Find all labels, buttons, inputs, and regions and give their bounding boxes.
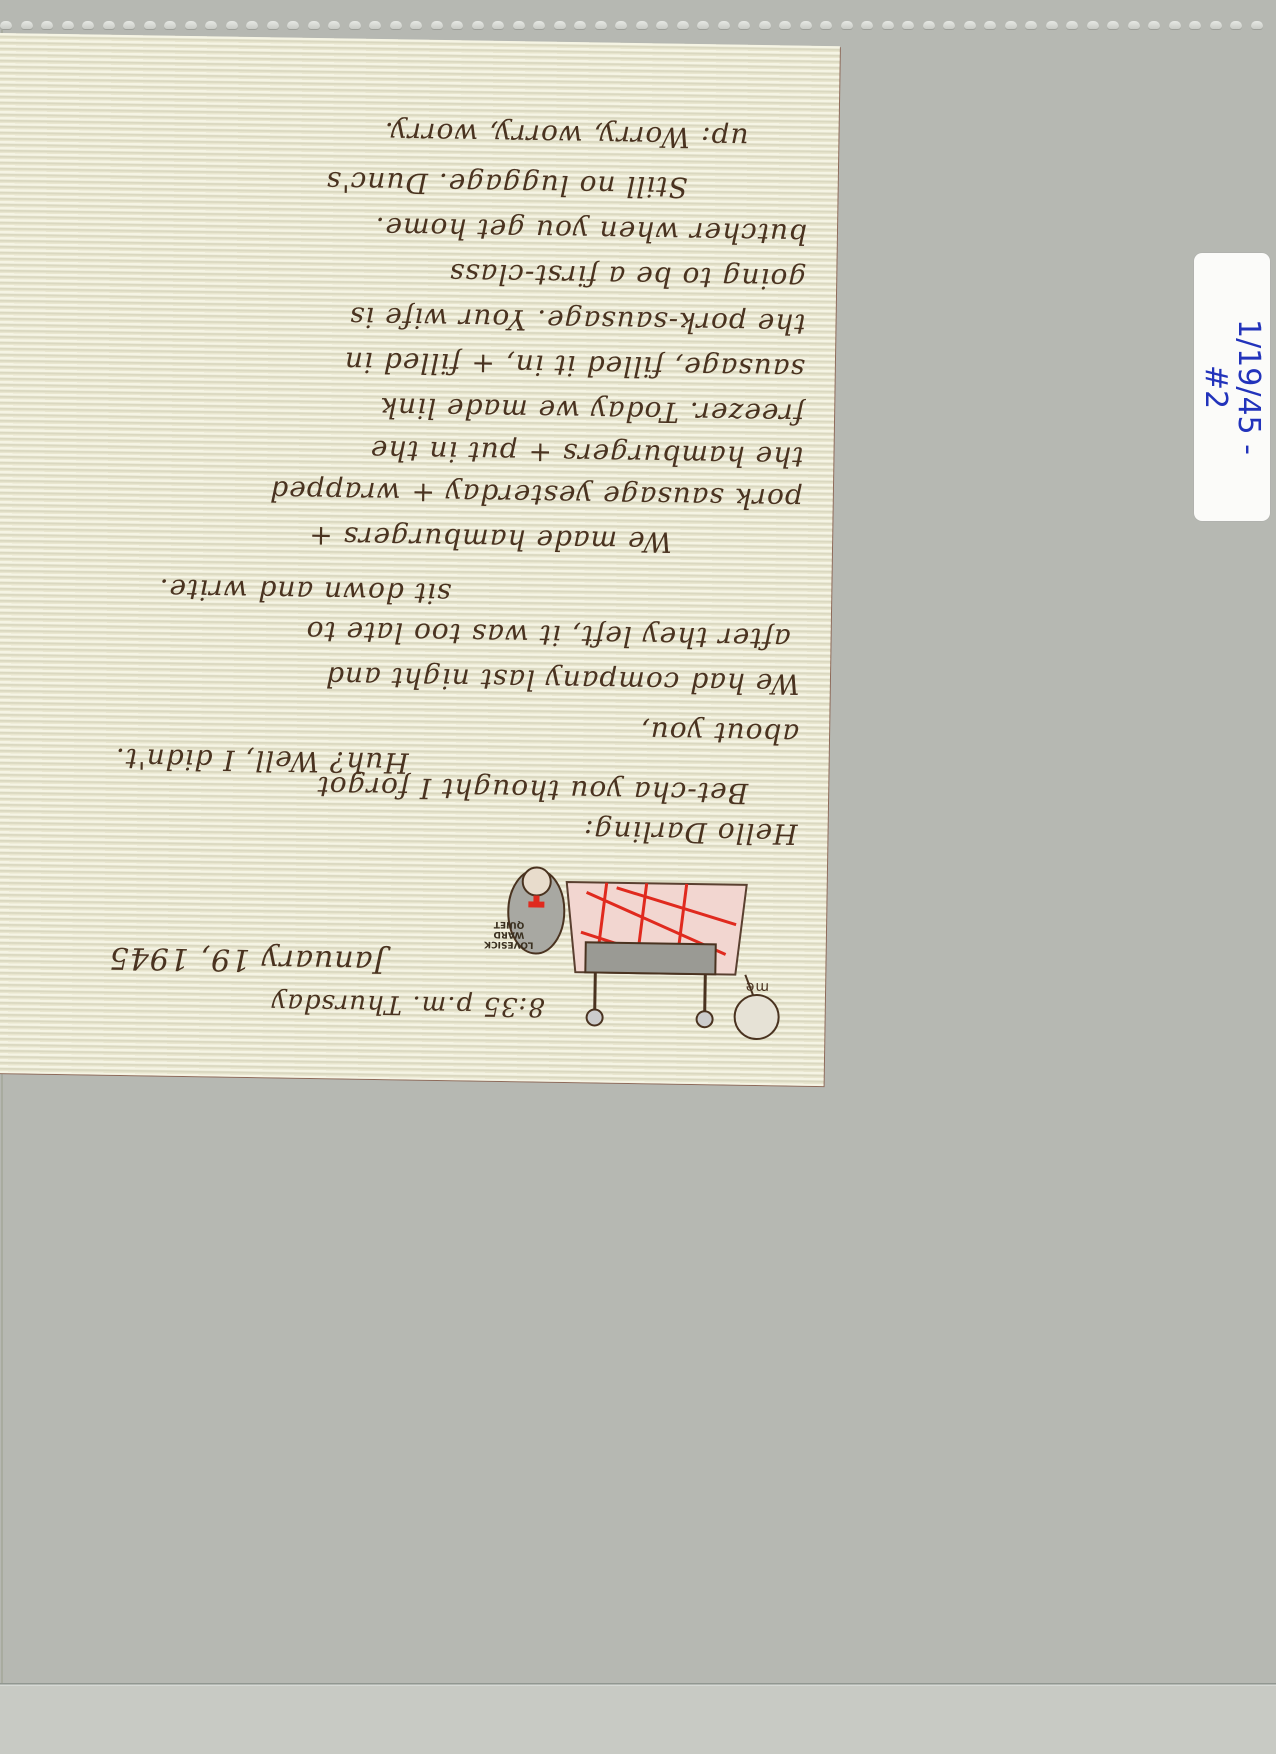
- perforation-hole: [0, 21, 12, 30]
- perforation-hole: [451, 21, 463, 30]
- perforation-hole: [615, 21, 627, 30]
- perforation-hole: [677, 21, 689, 30]
- perforation-hole: [984, 21, 996, 30]
- perforation-hole: [1005, 21, 1017, 30]
- letter-line: pork sausage yesterday + wrapped: [269, 474, 803, 515]
- perforation-hole: [1066, 21, 1078, 30]
- perforation-hole: [841, 21, 853, 30]
- letter-line: Hello Darling:: [583, 814, 798, 850]
- perforation-hole: [1087, 21, 1099, 30]
- perforation-hole: [226, 21, 238, 30]
- letter-line: after they left, it was too late to: [305, 615, 791, 656]
- perforation-hole: [1107, 21, 1119, 30]
- lovesick-ward-cartoon: [494, 861, 787, 1046]
- perforation-hole: [1210, 21, 1222, 30]
- perforation-hole: [328, 21, 340, 30]
- perforation-hole: [82, 21, 94, 30]
- sticky-note-date: 1/19/45 -: [1232, 319, 1265, 455]
- perforation-hole: [513, 21, 525, 30]
- cartoon-sign: LOVESICK WARD QUIET: [474, 919, 544, 950]
- perforation-hole: [41, 21, 53, 30]
- perforation-hole: [1148, 21, 1160, 30]
- letter-line: going to be a first-class: [449, 257, 807, 296]
- perforation-hole: [697, 21, 709, 30]
- sticky-note-number: #2: [1199, 319, 1232, 455]
- perforation-hole: [308, 21, 320, 30]
- perforation-hole: [21, 21, 33, 30]
- sticky-note-label: 1/19/45 - #2: [1194, 253, 1270, 521]
- letter-line: the pork-sausage. Your wife is: [349, 301, 806, 341]
- perforation-hole: [164, 21, 176, 30]
- perforation-hole: [144, 21, 156, 30]
- perforation-hole: [964, 21, 976, 30]
- cartoon-me-label: me: [745, 979, 770, 995]
- letter-line: freezer. Today we made link: [379, 391, 804, 431]
- perforation-hole: [861, 21, 873, 30]
- perforation-hole: [410, 21, 422, 30]
- perforation-hole: [62, 21, 74, 30]
- perforation-hole: [759, 21, 771, 30]
- perforation-hole: [882, 21, 894, 30]
- perforation-hole: [1046, 21, 1058, 30]
- perforation-hole: [1025, 21, 1037, 30]
- perforation-hole: [287, 21, 299, 30]
- perforation-hole: [472, 21, 484, 30]
- perforation-hole: [1169, 21, 1181, 30]
- letter-line: about you,: [640, 715, 800, 750]
- perforation-hole: [533, 21, 545, 30]
- perforation-hole: [1189, 21, 1201, 30]
- perforation-hole: [1128, 21, 1140, 30]
- perforation-hole: [267, 21, 279, 30]
- sign-line: QUIET: [474, 919, 544, 930]
- perforation-hole: [820, 21, 832, 30]
- handwritten-letter-page: 8:35 p.m. Thursday January 19, 1945 me L…: [0, 33, 840, 1086]
- perforation-hole: [554, 21, 566, 30]
- perforation-hole: [1251, 21, 1263, 30]
- perforation-hole: [246, 21, 258, 30]
- letter-line: butcher when you get home.: [374, 211, 807, 251]
- perforation-hole: [779, 21, 791, 30]
- sign-line: LOVESICK: [474, 939, 544, 950]
- perforation-hole: [431, 21, 443, 30]
- perforation-hole: [943, 21, 955, 30]
- letter-line: sit down and write.: [158, 573, 451, 611]
- letter-line: We had company last night and: [325, 660, 800, 700]
- perforation-hole: [902, 21, 914, 30]
- perforation-hole: [369, 21, 381, 30]
- sticky-note-text: 1/19/45 - #2: [1199, 319, 1265, 455]
- perforation-hole: [636, 21, 648, 30]
- letter-content-rotated: 8:35 p.m. Thursday January 19, 1945 me L…: [0, 33, 840, 1086]
- perforation-hole: [123, 21, 135, 30]
- perforation-hole: [1230, 21, 1242, 30]
- sheet-protector-perforations: [0, 18, 1276, 32]
- perforation-hole: [185, 21, 197, 30]
- perforation-hole: [205, 21, 217, 30]
- letter-line: the hamburgers + put in the: [369, 434, 803, 474]
- perforation-hole: [800, 21, 812, 30]
- letter-line: Still no luggage. Dunc's: [325, 165, 688, 204]
- perforation-hole: [923, 21, 935, 30]
- perforation-hole: [349, 21, 361, 30]
- letter-line: up: Worry, worry, worry.: [383, 116, 748, 155]
- perforation-hole: [492, 21, 504, 30]
- perforation-hole: [390, 21, 402, 30]
- perforation-hole: [738, 21, 750, 30]
- letter-date: January 19, 1945: [108, 940, 385, 979]
- perforation-hole: [718, 21, 730, 30]
- letter-line: We made hamburgers +: [308, 520, 672, 559]
- perforation-hole: [574, 21, 586, 30]
- letter-line: Huh? Well, I didn't.: [115, 742, 409, 780]
- perforation-hole: [103, 21, 115, 30]
- perforation-hole: [656, 21, 668, 30]
- letter-line: sausage, filled it in, + filled in: [344, 345, 805, 385]
- perforation-hole: [595, 21, 607, 30]
- scanner-bed-strip: [0, 1686, 1276, 1754]
